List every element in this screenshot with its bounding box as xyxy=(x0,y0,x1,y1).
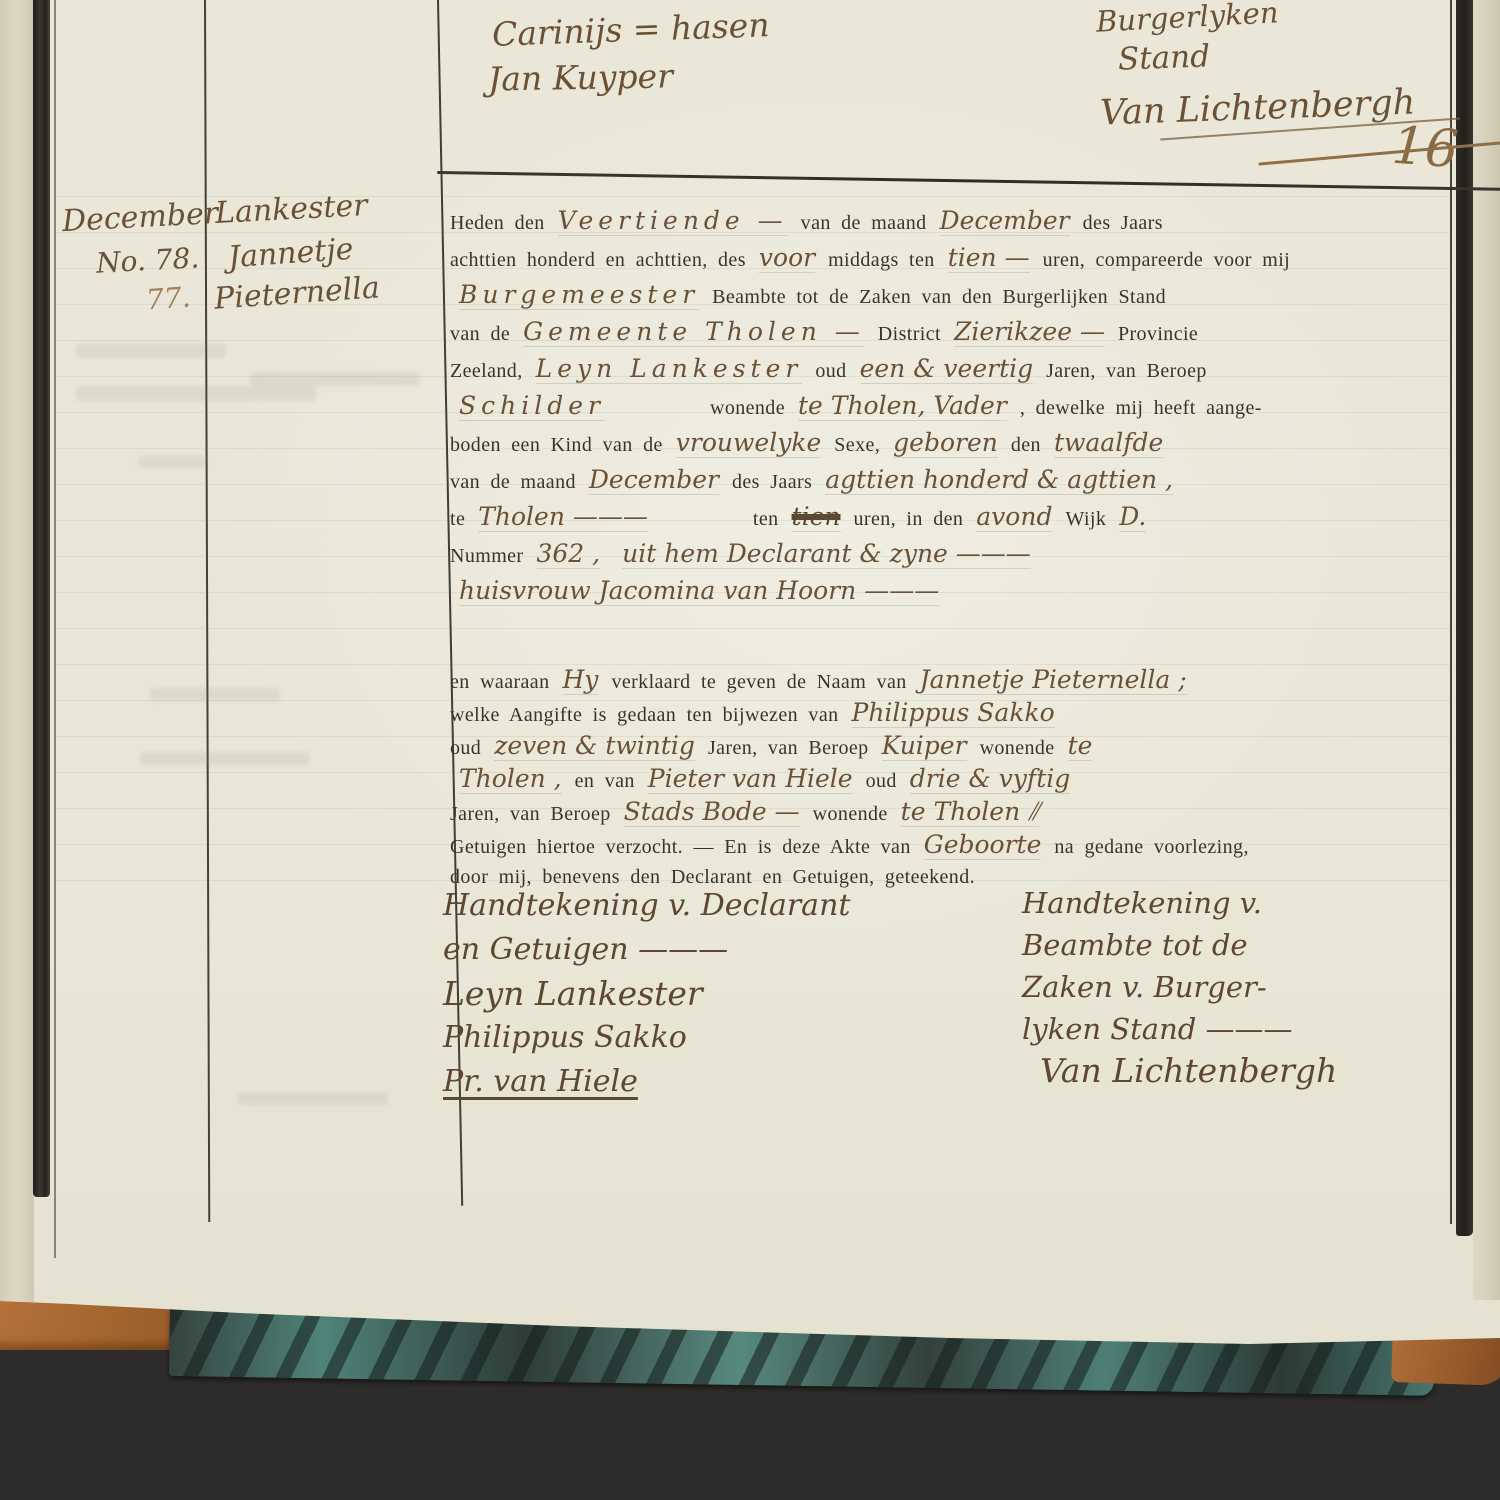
handwritten-entry: een & veertig xyxy=(860,354,1034,384)
handwritten-entry: avond xyxy=(976,502,1052,532)
handwritten-entry: Tholen ——— xyxy=(478,502,648,532)
printed-form-text: uren, in den xyxy=(854,508,964,530)
handwritten-entry: geboren xyxy=(893,428,998,458)
act-line: Zeeland, Leyn Lankester oud een & veerti… xyxy=(450,350,1462,387)
handwritten-entry: Zierikzee — xyxy=(954,317,1105,347)
act-line: oud zeven & twintig Jaren, van Beroep Ku… xyxy=(450,729,1462,762)
printed-form-text: , dewelke mij heeft aange- xyxy=(1020,397,1262,419)
act-line: Tholen , en van Pieter van Hiele oud dri… xyxy=(450,762,1462,795)
printed-form-text: des Jaars xyxy=(1083,212,1163,234)
act-line: achttien honderd en achttien, des voor m… xyxy=(450,239,1462,276)
gutter-rule-line xyxy=(54,0,56,1258)
signature-line: Pr. van Hiele xyxy=(443,1060,850,1104)
printed-form-text: van de xyxy=(450,323,510,345)
printed-form-text: den xyxy=(1011,434,1041,456)
printed-form-text: van de maand xyxy=(801,212,927,234)
binding-gutter-bar xyxy=(33,0,50,1197)
printed-form-text: ten xyxy=(753,508,779,530)
printed-form-text: boden een Kind van de xyxy=(450,434,663,456)
act-lines: Heden den Veertiende — van de maand Dece… xyxy=(450,202,1462,894)
printed-form-text: wonende xyxy=(813,803,888,825)
handwritten-entry: Tholen , xyxy=(459,764,562,794)
handwritten-entry: tien — xyxy=(948,243,1030,273)
act-line: Getuigen hiertoe verzocht. — En is deze … xyxy=(450,828,1462,861)
handwritten-entry: Schilder xyxy=(459,391,605,421)
show-through-smudge xyxy=(150,688,280,701)
margin-child-middlename: Pieternella xyxy=(213,270,381,316)
handwritten-entry: voor xyxy=(759,243,815,273)
printed-form-text: na gedane voorlezing, xyxy=(1054,836,1248,858)
handwritten-entry: Jannetje Pieternella ; xyxy=(920,665,1187,695)
act-line: Burgemeester Beambte tot de Zaken van de… xyxy=(450,276,1462,313)
printed-form-text: des Jaars xyxy=(732,471,812,493)
printed-form-text: Nummer xyxy=(450,545,524,567)
signature-line: Zaken v. Burger- xyxy=(1022,966,1337,1008)
printed-form-text: Wijk xyxy=(1065,508,1106,530)
printed-form-text: Provincie xyxy=(1118,323,1198,345)
prev-act-witness-signature: Carinijs = hasen xyxy=(491,5,770,54)
handwritten-entry: Veertiende — xyxy=(558,206,788,236)
handwritten-entry: twaalfde xyxy=(1054,428,1163,458)
handwritten-entry: Pieter van Hiele xyxy=(648,764,853,794)
act-line: en waaraan Hy verklaard te geven de Naam… xyxy=(450,663,1462,696)
printed-form-text: Jaren, van Beroep xyxy=(708,737,869,759)
printed-form-text: uren, compareerde voor mij xyxy=(1043,249,1291,271)
prev-act-official-text: Stand xyxy=(1117,38,1210,77)
prev-act-witness-signature: Jan Kuyper xyxy=(488,56,674,98)
handwritten-entry: Geboorte xyxy=(924,830,1042,860)
signature-right: Handtekening v.Beambte tot deZaken v. Bu… xyxy=(1022,882,1337,1092)
handwritten-entry: agttien honderd & agttien , xyxy=(825,465,1173,495)
printed-form-text: welke Aangifte is gedaan ten bijwezen va… xyxy=(450,704,839,726)
signature-line: Beambte tot de xyxy=(1022,924,1337,966)
signature-line: Handtekening v. xyxy=(1022,882,1337,924)
show-through-smudge xyxy=(140,752,310,765)
handwritten-entry: Stads Bode — xyxy=(624,797,800,827)
margin-month: December xyxy=(61,196,219,239)
prev-act-official-text: Burgerlyken xyxy=(1095,0,1279,39)
act-line: welke Aangifte is gedaan ten bijwezen va… xyxy=(450,696,1462,729)
handwritten-entry: tien xyxy=(792,502,841,532)
signature-line: Leyn Lankester xyxy=(443,972,850,1016)
handwritten-entry: Kuiper xyxy=(882,731,967,761)
signature-line: lyken Stand ——— xyxy=(1022,1008,1337,1050)
margin-child-firstname: Jannetje xyxy=(227,232,355,276)
handwritten-entry: huisvrouw Jacomina van Hoorn ——— xyxy=(459,576,939,606)
printed-form-text: middags ten xyxy=(828,249,935,271)
printed-form-text: te xyxy=(450,508,465,530)
handwritten-entry: Burgemeester xyxy=(459,280,699,310)
page-under-edge xyxy=(0,0,34,1346)
printed-form-text: Zeeland, xyxy=(450,360,523,382)
register-page-paper: Carinijs = hasen Jan Kuyper Burgerlyken … xyxy=(0,0,1500,1346)
show-through-smudge xyxy=(250,372,420,386)
handwritten-entry: Hy xyxy=(563,665,599,695)
handwritten-entry: drie & vyftig xyxy=(910,764,1070,794)
printed-form-text: oud xyxy=(866,770,897,792)
show-through-smudge xyxy=(76,344,226,358)
act-line: van de Gemeente Tholen — District Zierik… xyxy=(450,313,1462,350)
handwritten-entry: Philippus Sakko xyxy=(852,698,1055,728)
act-line: huisvrouw Jacomina van Hoorn ——— xyxy=(450,572,1462,609)
signature-line: Van Lichtenbergh xyxy=(1022,1050,1337,1092)
handwritten-entry: D. xyxy=(1119,502,1146,532)
page-right-edge xyxy=(1473,0,1500,1300)
act-line: van de maand December des Jaars agttien … xyxy=(450,461,1462,498)
handwritten-entry: te Tholen, Vader xyxy=(798,391,1007,421)
handwritten-entry: December xyxy=(940,206,1070,236)
printed-form-text: oud xyxy=(450,737,481,759)
printed-form-text: en van xyxy=(575,770,635,792)
signature-left: Handtekening v. Declaranten Getuigen ———… xyxy=(443,884,850,1104)
show-through-smudge xyxy=(76,386,316,401)
handwritten-entry: Leyn Lankester xyxy=(536,354,803,384)
printed-form-text: District xyxy=(878,323,941,345)
printed-form-text: en waaraan xyxy=(450,671,550,693)
handwritten-entry: vrouwelyke xyxy=(676,428,821,458)
act-line: Jaren, van Beroep Stads Bode — wonende t… xyxy=(450,795,1462,828)
printed-form-text: wonende xyxy=(980,737,1055,759)
handwritten-entry: te Tholen ⫽ xyxy=(901,797,1040,827)
scanned-register-page: Carinijs = hasen Jan Kuyper Burgerlyken … xyxy=(0,0,1500,1500)
printed-form-text: Jaren, van Beroep xyxy=(450,803,611,825)
act-line: Nummer 362 , uit hem Declarant & zyne ——… xyxy=(450,535,1462,572)
signature-line: Handtekening v. Declarant xyxy=(443,884,850,928)
margin-act-number: No. 78. xyxy=(95,241,200,279)
act-line: boden een Kind van de vrouwelyke Sexe, g… xyxy=(450,424,1462,461)
printed-form-text: achttien honderd en achttien, des xyxy=(450,249,746,271)
record-divider-line xyxy=(437,171,1500,191)
margin-act-number-alt: 77. xyxy=(145,280,192,316)
printed-form-text: wonende xyxy=(710,397,785,419)
printed-form-text: oud xyxy=(815,360,846,382)
act-line: te Tholen ——— ten tien uren, in den avon… xyxy=(450,498,1462,535)
printed-form-text: Sexe, xyxy=(834,434,880,456)
handwritten-entry: Gemeente Tholen — xyxy=(523,317,865,347)
printed-form-text: van de maand xyxy=(450,471,576,493)
show-through-smudge xyxy=(138,456,206,468)
show-through-smudge xyxy=(238,1092,388,1105)
signature-line: en Getuigen ——— xyxy=(443,928,850,972)
printed-form-text: Getuigen hiertoe verzocht. — En is deze … xyxy=(450,836,911,858)
handwritten-entry: 362 , xyxy=(537,539,601,569)
printed-form-text: Heden den xyxy=(450,212,545,234)
act-line: Schilder wonende te Tholen, Vader , dewe… xyxy=(450,387,1462,424)
margin-child-surname: Lankester xyxy=(214,188,368,231)
handwritten-entry: December xyxy=(589,465,719,495)
signature-line: Philippus Sakko xyxy=(443,1016,850,1060)
handwritten-entry: te xyxy=(1068,731,1093,761)
printed-form-text: Jaren, van Beroep xyxy=(1046,360,1207,382)
handwritten-entry: zeven & twintig xyxy=(494,731,695,761)
act-line: Heden den Veertiende — van de maand Dece… xyxy=(450,202,1462,239)
column-rule-1 xyxy=(204,0,210,1222)
printed-form-text: verklaard te geven de Naam van xyxy=(611,671,906,693)
printed-form-text: Beambte tot de Zaken van den Burgerlijke… xyxy=(712,286,1166,308)
handwritten-entry: uit hem Declarant & zyne ——— xyxy=(622,539,1031,569)
